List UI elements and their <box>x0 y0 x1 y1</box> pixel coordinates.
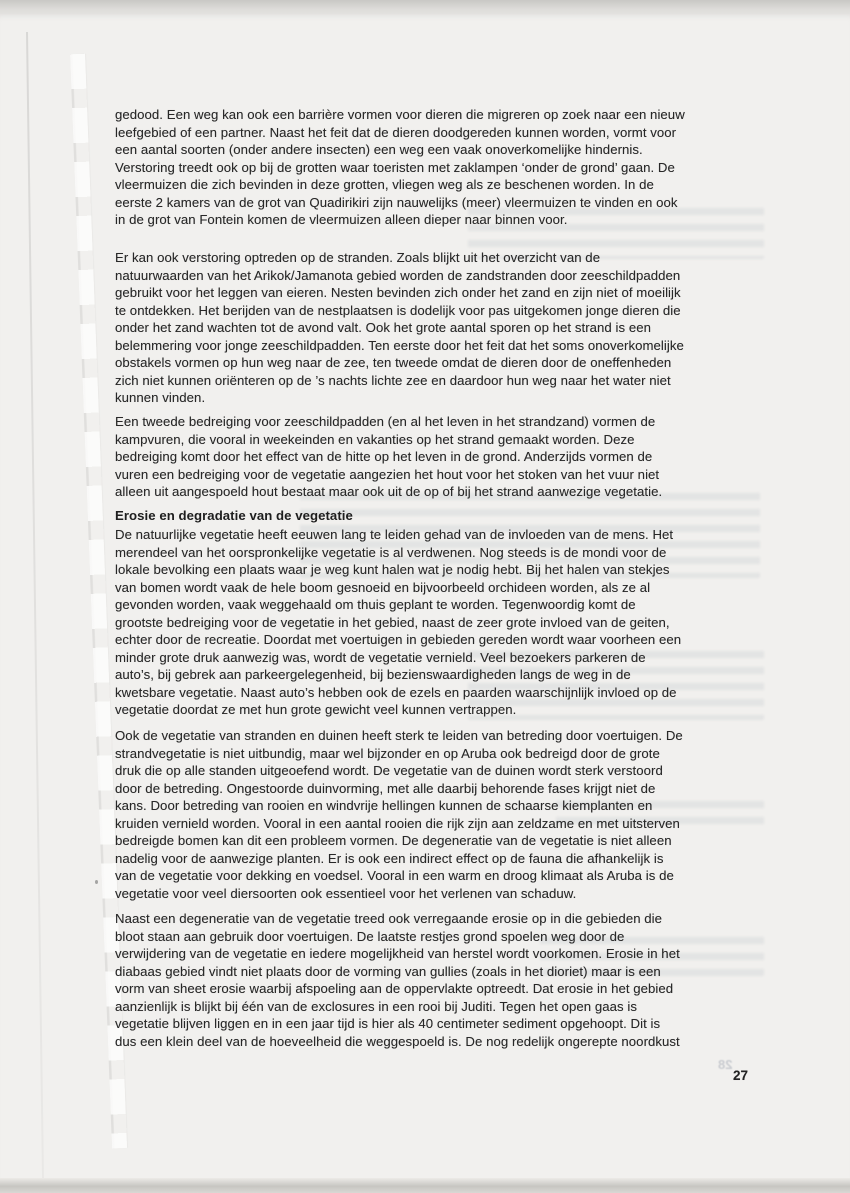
bleedthrough-page-number: 28 <box>718 1057 732 1072</box>
paragraph-erosion: Naast een degeneratie van de vegetatie t… <box>115 910 795 1050</box>
paragraph-roads-caves: gedood. Een weg kan ook een barrière vor… <box>115 106 795 229</box>
left-crease-line <box>26 32 44 1182</box>
paper-sheet: gedood. Een weg kan ook een barrière vor… <box>0 14 850 1178</box>
scan-speck <box>95 880 98 884</box>
paragraph-campfires: Een tweede bedreiging voor zeeschildpadd… <box>115 413 795 501</box>
paragraph-dunes-vegetation: Ook de vegetatie van stranden en duinen … <box>115 727 795 902</box>
scan-bottom-edge-shadow <box>0 1178 850 1193</box>
scanned-document-page: gedood. Een weg kan ook een barrière vor… <box>0 0 850 1193</box>
paragraph-vegetation-history: De natuurlijke vegetatie heeft eeuwen la… <box>115 526 795 719</box>
paragraph-beach-turtles: Er kan ook verstoring optreden op de str… <box>115 249 795 407</box>
page-number: 27 <box>733 1068 748 1083</box>
section-heading-erosion: Erosie en degradatie van de vegetatie <box>115 507 353 525</box>
